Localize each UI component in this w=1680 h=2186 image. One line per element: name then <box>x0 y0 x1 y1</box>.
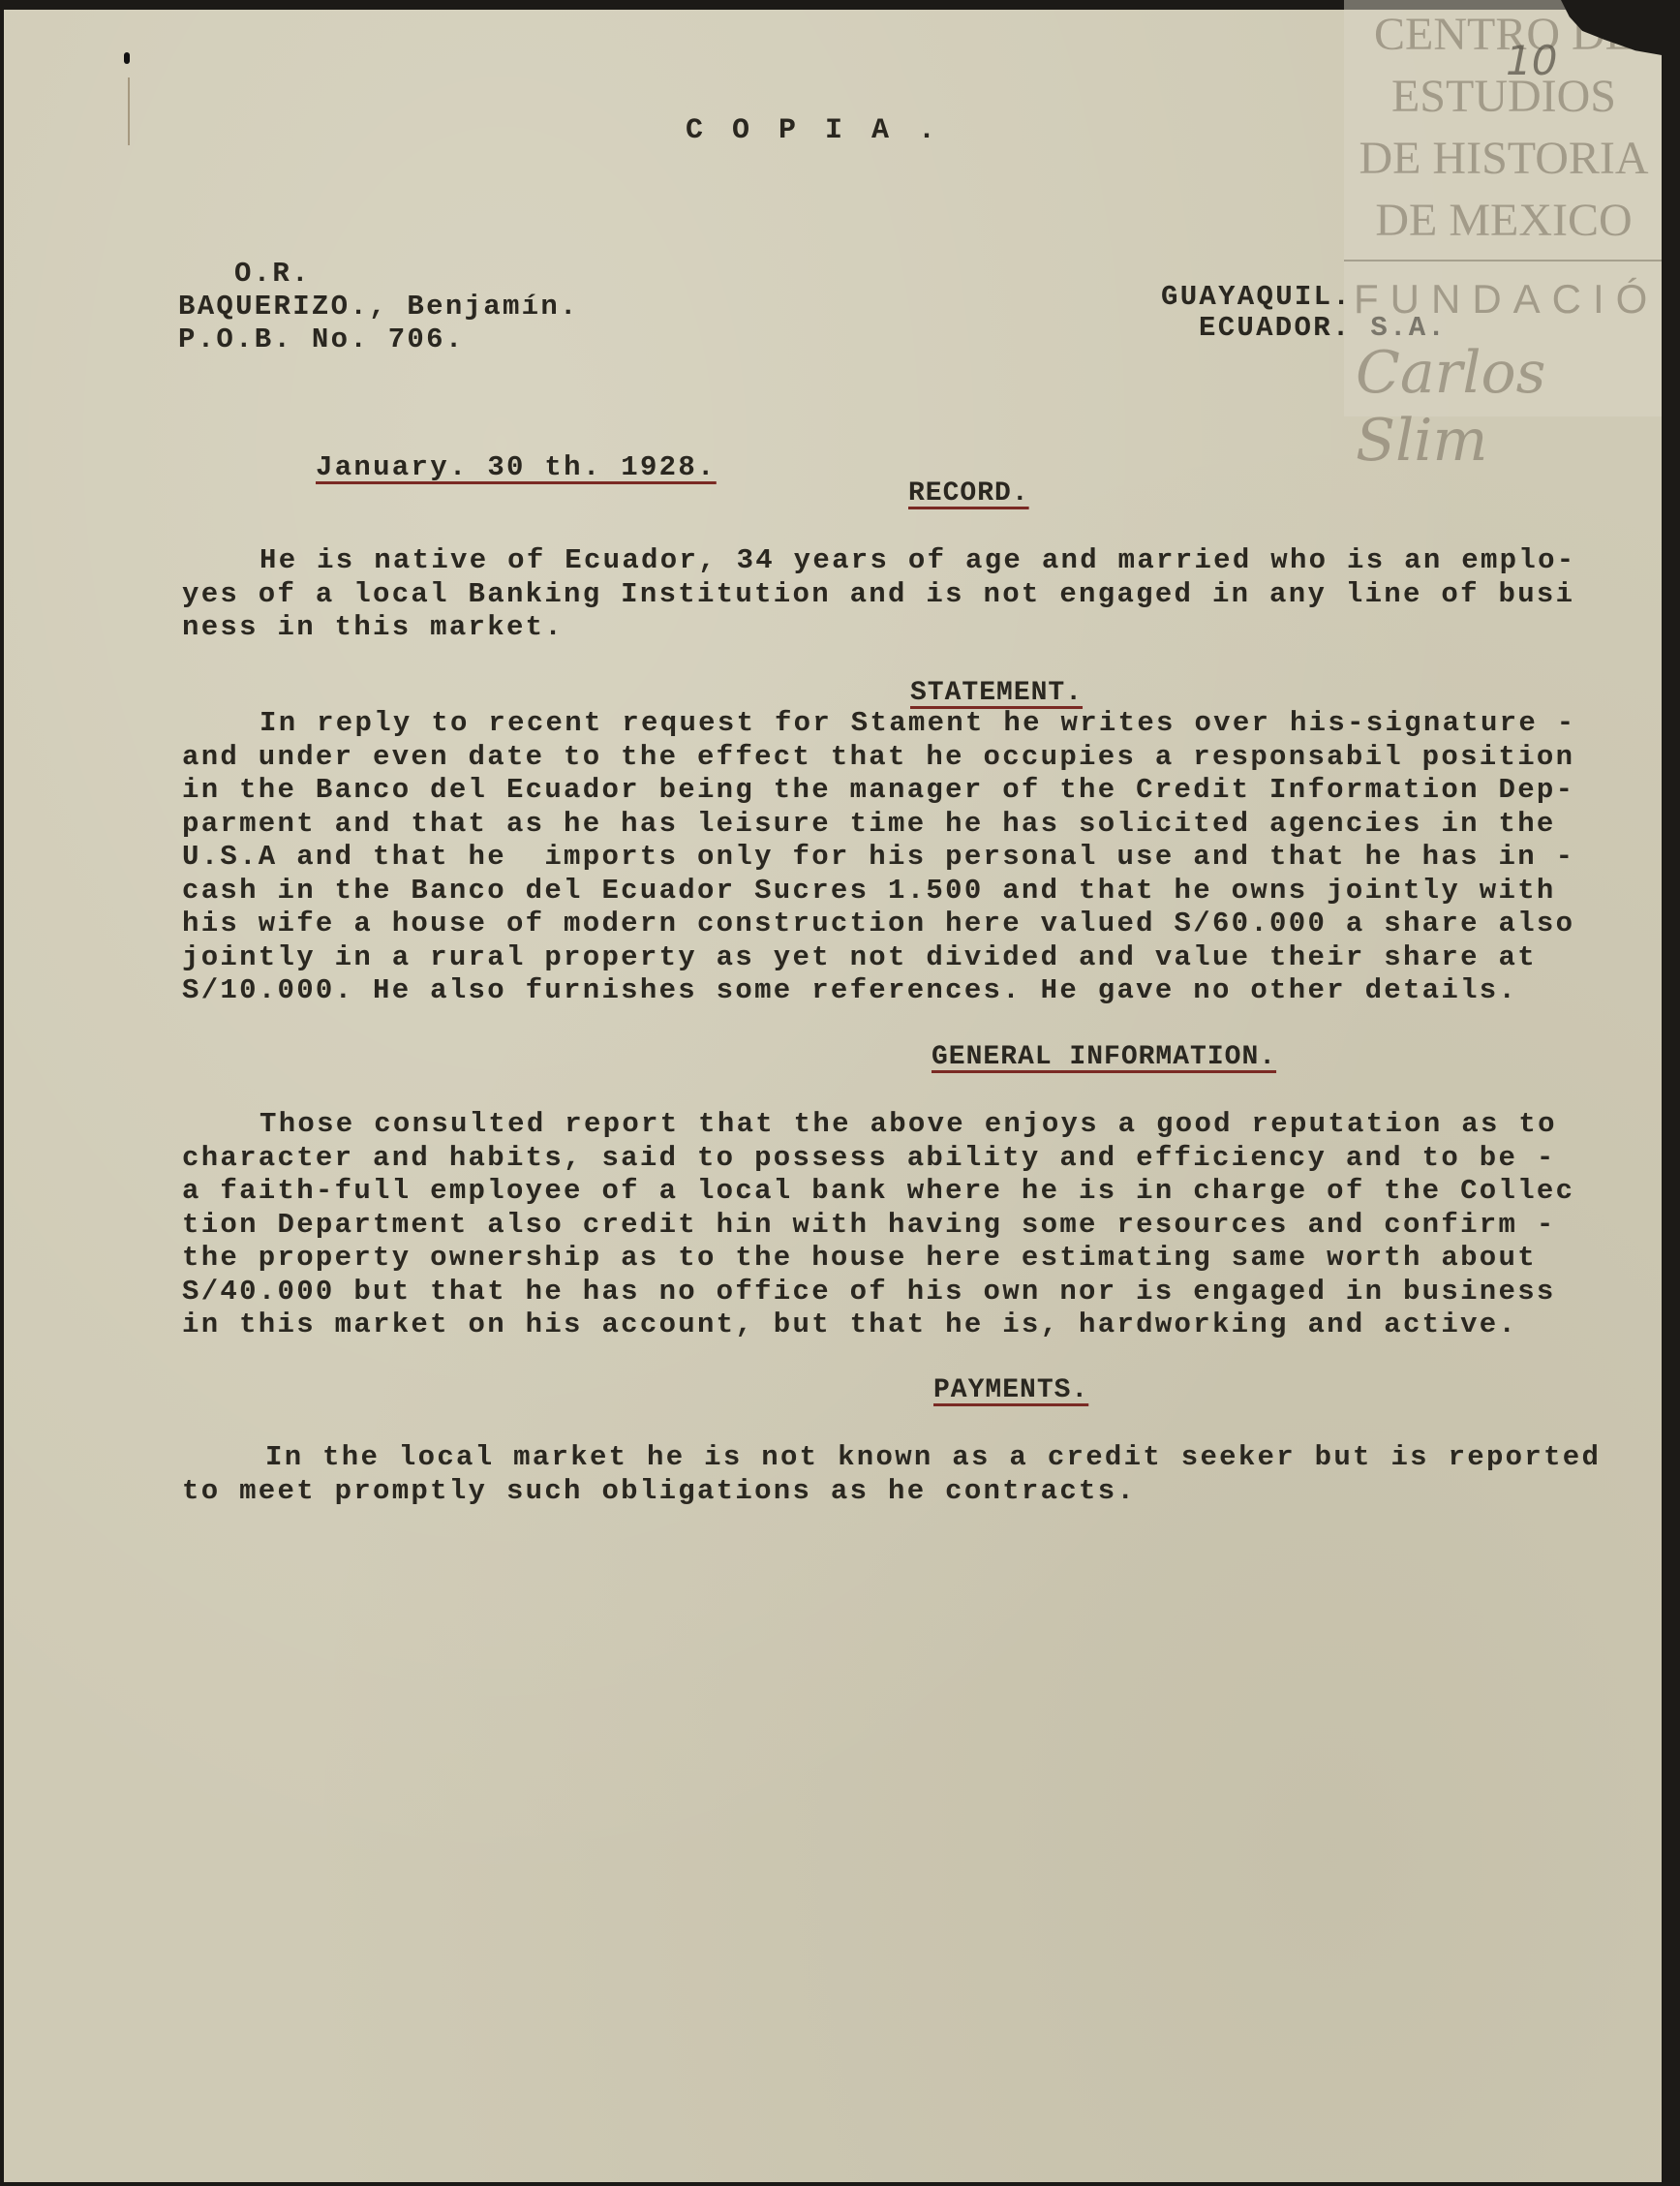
archive-watermark: CENTRO DE ESTUDIOS DE HISTORIA DE MEXICO… <box>1344 0 1664 416</box>
document-date: January. 30 th. 1928. <box>316 451 717 483</box>
body-line: tion Department also credit hin with hav… <box>182 1209 1574 1243</box>
scan-border <box>1662 0 1680 2186</box>
body-line: in this market on his account, but that … <box>182 1309 1574 1342</box>
body-line: a faith-full employee of a local bank wh… <box>182 1175 1574 1209</box>
body-line: in the Banco del Ecuador being the manag… <box>182 774 1574 808</box>
body-line: cash in the Banco del Ecuador Sucres 1.5… <box>182 875 1574 908</box>
section-payments-body: In the local market he is not known as a… <box>182 1441 1517 1508</box>
watermark-line: DE MEXICO <box>1344 198 1664 244</box>
section-general-information-body: Those consulted report that the above en… <box>182 1108 1574 1342</box>
watermark-foundation: FUNDACIÓN <box>1354 276 1664 323</box>
location-city: GUAYAQUIL. <box>1161 281 1352 313</box>
body-line: jointly in a rural property as yet not d… <box>182 941 1574 975</box>
body-line: Those consulted report that the above en… <box>260 1108 1652 1142</box>
section-record-body: He is native of Ecuador, 34 years of age… <box>182 544 1574 645</box>
watermark-signature: Carlos Slim <box>1356 339 1665 475</box>
watermark-line: ESTUDIOS <box>1344 74 1664 120</box>
watermark-divider <box>1344 260 1664 262</box>
body-line: S/10.000. He also furnishes some referen… <box>182 974 1574 1008</box>
body-line: parment and that as he has leisure time … <box>182 808 1574 842</box>
section-statement-body: In reply to recent request for Stament h… <box>182 707 1574 1008</box>
addressee-name: BAQUERIZO., Benjamín. <box>178 291 579 323</box>
document-title: C O P I A . <box>686 114 941 147</box>
addressee-code: O.R. <box>234 258 311 290</box>
section-heading-statement: STATEMENT. <box>910 678 1083 708</box>
body-line: the property ownership as to the house h… <box>182 1242 1574 1276</box>
body-line: his wife a house of modern construction … <box>182 908 1574 941</box>
body-line: character and habits, said to possess ab… <box>182 1142 1574 1176</box>
body-line: yes of a local Banking Institution and i… <box>182 578 1574 612</box>
body-line: In reply to recent request for Stament h… <box>260 707 1652 741</box>
body-line: U.S.A and that he imports only for his p… <box>182 841 1574 875</box>
body-line: ness in this market. <box>182 611 1574 645</box>
punch-hole-mark <box>124 52 130 64</box>
section-heading-payments: PAYMENTS. <box>933 1375 1088 1405</box>
body-line: to meet promptly such obligations as he … <box>182 1475 1517 1509</box>
body-line: and under even date to the effect that h… <box>182 741 1574 775</box>
staple-trace <box>128 77 130 145</box>
body-line: He is native of Ecuador, 34 years of age… <box>260 544 1652 578</box>
section-heading-record: RECORD. <box>908 478 1029 508</box>
body-line: S/40.000 but that he has no office of hi… <box>182 1276 1574 1309</box>
pencil-page-number: 10 <box>1506 37 1557 84</box>
watermark-line: DE HISTORIA <box>1344 136 1664 182</box>
section-heading-general-information: GENERAL INFORMATION. <box>932 1042 1276 1072</box>
addressee-pob: P.O.B. No. 706. <box>178 323 465 355</box>
body-line: In the local market he is not known as a… <box>265 1441 1601 1475</box>
